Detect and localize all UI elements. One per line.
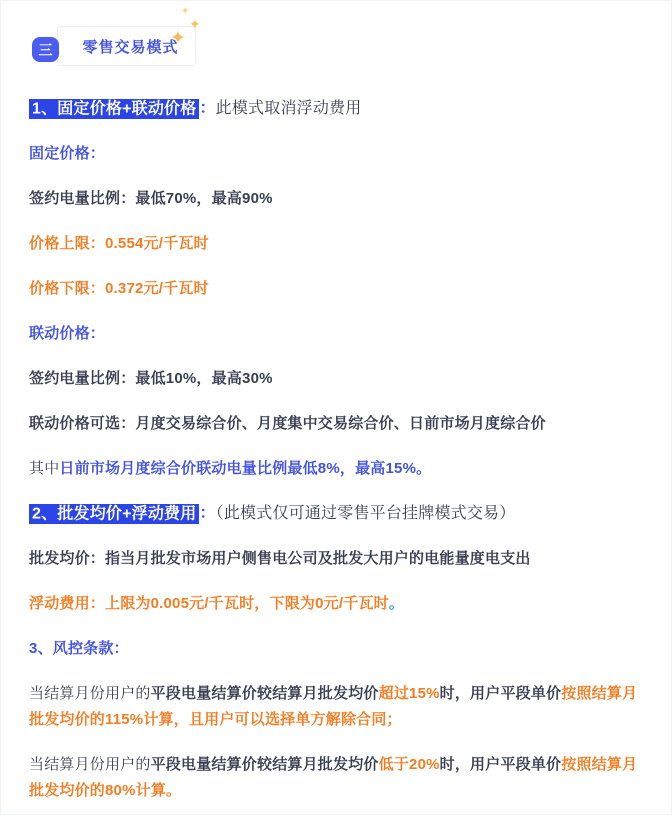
document-page: ✦ ✦ ✦ 零售交易模式 三 1、固定价格+联动价格：此模式取消浮动费用固定价格… xyxy=(0,0,672,815)
text-run: 其中 xyxy=(29,460,59,477)
paragraph: 其中日前市场月度综合价联动电量比例最低8%，最高15%。 xyxy=(29,456,651,482)
paragraph: 价格上限：0.554元/千瓦时 xyxy=(29,231,651,257)
text-run: 签约电量比例：最低70%，最高90% xyxy=(29,190,273,207)
paragraph: 当结算月份用户的平段电量结算价较结算月批发均价低于20%时，用户平段单价按照结算… xyxy=(29,752,651,804)
text-run: 当结算月份用户的 xyxy=(29,756,151,773)
text-run: 此模式取消浮动费用 xyxy=(216,100,362,117)
sparkle-icon: ✦ xyxy=(189,17,201,31)
text-run: 平段电量结算价较结算月批发均价 xyxy=(151,756,379,773)
text-run: 联动价格： xyxy=(29,325,105,342)
text-run: 3、风控条款： xyxy=(29,640,129,657)
paragraph: 签约电量比例：最低70%，最高90% xyxy=(29,186,651,212)
text-run: 超过15% xyxy=(379,685,440,702)
text-run: 联动价格可选：月度交易综合价、月度集中交易综合价、日前市场月度综合价 xyxy=(29,415,546,432)
section-title: 零售交易模式 xyxy=(74,36,178,57)
text-run: 平段电量结算价较结算月批发均价 xyxy=(151,685,379,702)
text-run: 2、批发均价+浮动费用 xyxy=(29,504,199,524)
text-run: 时，用户平段单价 xyxy=(440,756,562,773)
text-run: 固定价格： xyxy=(29,145,105,162)
text-run: 。 xyxy=(389,595,404,612)
paragraph: 3、风控条款： xyxy=(29,636,651,662)
text-run: 签约电量比例：最低10%，最高30% xyxy=(29,370,273,387)
paragraph: 浮动费用：上限为0.005元/千瓦时，下限为0元/千瓦时。 xyxy=(29,591,651,617)
paragraph: 联动价格： xyxy=(29,321,651,347)
text-run: 价格上限：0.554元/千瓦时 xyxy=(29,235,209,252)
paragraph: 联动价格可选：月度交易综合价、月度集中交易综合价、日前市场月度综合价 xyxy=(29,411,651,437)
text-run: 批发均价：指当月批发市场用户侧售电公司及批发大用户的电能量度电支出 xyxy=(29,550,531,567)
text-run: 时，用户平段单价 xyxy=(440,685,562,702)
text-run: 低于20% xyxy=(379,756,440,773)
paragraph: 签约电量比例：最低10%，最高30% xyxy=(29,366,651,392)
section-header: ✦ ✦ ✦ 零售交易模式 三 xyxy=(1,1,671,79)
text-run: 当结算月份用户的 xyxy=(29,685,151,702)
text-run: 日前市场月度综合价联动电量比例最低8%，最高15%。 xyxy=(59,460,431,477)
paragraph: 2、批发均价+浮动费用：（此模式仅可通过零售平台挂牌模式交易） xyxy=(29,501,651,527)
document-body: 1、固定价格+联动价格：此模式取消浮动费用固定价格：签约电量比例：最低70%，最… xyxy=(1,79,671,804)
paragraph: 当结算月份用户的平段电量结算价较结算月批发均价超过15%时，用户平段单价按照结算… xyxy=(29,681,651,733)
paragraph: 1、固定价格+联动价格：此模式取消浮动费用 xyxy=(29,96,651,122)
paragraph: 固定价格： xyxy=(29,141,651,167)
text-run: 浮动费用：上限为0.005元/千瓦时，下限为0元/千瓦时 xyxy=(29,595,389,612)
section-number-badge: 三 xyxy=(32,37,59,62)
text-run: （此模式仅可通过零售平台挂牌模式交易） xyxy=(216,505,516,522)
text-run: 1、固定价格+联动价格 xyxy=(29,99,199,119)
paragraph: 价格下限：0.372元/千瓦时 xyxy=(29,276,651,302)
text-run: 价格下限：0.372元/千瓦时 xyxy=(29,280,209,297)
paragraph: 批发均价：指当月批发市场用户侧售电公司及批发大用户的电能量度电支出 xyxy=(29,546,651,572)
text-run: ： xyxy=(199,100,215,117)
text-run: ： xyxy=(199,505,215,522)
sparkle-icon: ✦ xyxy=(170,29,186,48)
section-number-glyph: 三 xyxy=(39,40,53,60)
